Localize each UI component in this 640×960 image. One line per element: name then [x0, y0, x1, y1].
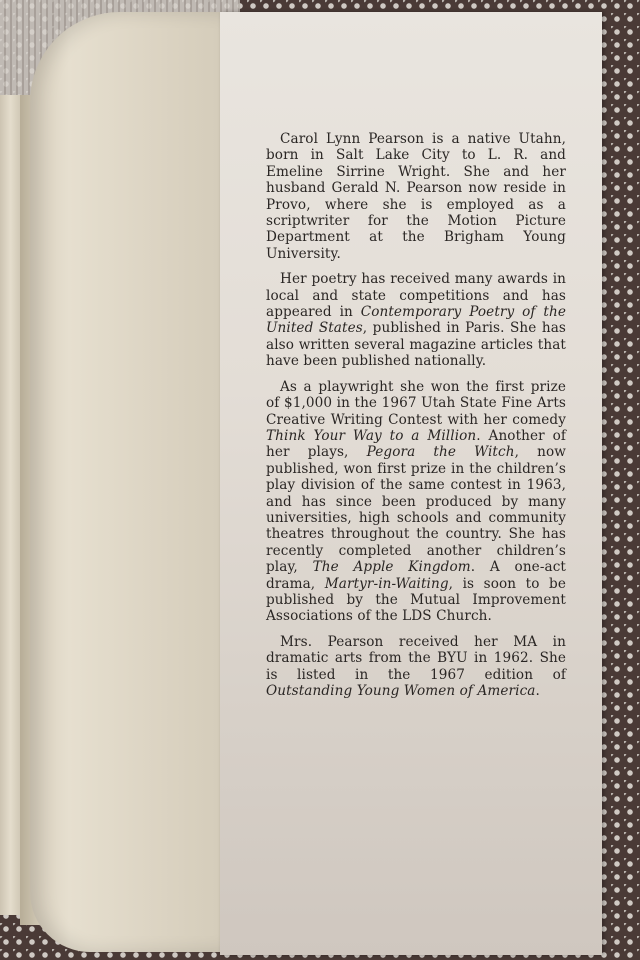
bio-paragraph: Mrs. Pearson received her MA in dramatic… — [266, 634, 566, 700]
text-segment: As a playwright she won the first prize … — [266, 379, 566, 428]
italic-title: Martyr-in-Waiting — [325, 576, 449, 592]
bio-paragraph: Her poetry has received many awards in l… — [266, 271, 566, 369]
text-segment: , now published, won first prize in the … — [266, 444, 566, 575]
italic-title: Outstanding Young Women of America — [266, 683, 536, 699]
text-segment: Mrs. Pearson received her MA in dramatic… — [266, 634, 566, 683]
bio-paragraph: Carol Lynn Pearson is a native Utahn, bo… — [266, 131, 566, 262]
italic-title: Think Your Way to a Million — [266, 428, 476, 444]
jacket-flap-fold — [30, 12, 225, 952]
bio-paragraph: As a playwright she won the first prize … — [266, 379, 566, 625]
text-segment: Carol Lynn Pearson is a native Utahn, bo… — [266, 131, 566, 262]
italic-title: Pegora the Witch — [367, 444, 515, 460]
italic-title: The Apple Kingdom — [313, 559, 471, 575]
text-segment: . — [536, 683, 540, 699]
author-biography: Carol Lynn Pearson is a native Utahn, bo… — [266, 131, 566, 708]
